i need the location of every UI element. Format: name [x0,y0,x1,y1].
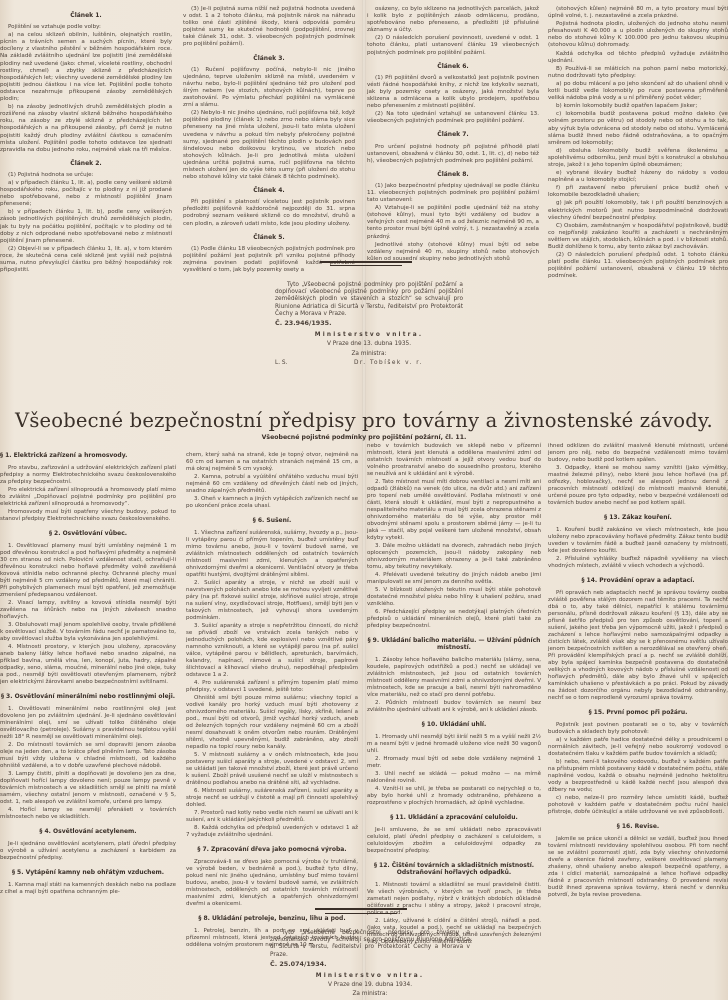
paragraph: 7. Prostorů nad kotly nebo vedle nich ne… [186,810,358,824]
section-heading: § 2. Osvětlování vůbec. [0,530,176,537]
paragraph: chem, který sahá na straně, kde je topný… [186,452,358,473]
paragraph: b) nebo, není-li takového vodovodu, buďt… [548,759,728,794]
section-heading: § 4. Osvětlování acetylenem. [0,828,176,835]
paragraph: Hromosvody musí býti opatřeny všechny bu… [0,509,176,523]
paragraph: Pojistná hodnota plodin, uložených do je… [548,21,728,49]
lower-column-2: chem, který sahá na straně, kde je topný… [186,452,358,950]
page-fold [362,0,366,1000]
paragraph: 3. Odpadky, které se mohou samy vznítiti… [548,465,728,507]
paragraph: 2. Tato místnost musí míti dobrou ventil… [367,479,541,542]
paragraph: 4. Hořící lampy se nesmějí přenášeti v t… [0,807,176,821]
paragraph: 2. Půdních místností budov továrních se … [367,700,541,714]
section-heading: § 1. Elektrická zařízení a hromosvody. [0,452,176,459]
paragraph: B) Používá-li se mláticích na pohon parn… [548,66,728,80]
section-heading: § 10. Ukládání uhlí. [367,721,541,728]
separator-rule [315,908,407,910]
article-heading: Článek 2. [0,160,172,167]
section-heading: § 15. První pomoc při požáru. [548,709,728,716]
page-title: Všeobecné bezpečnostní předpisy pro tová… [0,409,728,432]
approval-text: Tyto „Všeobecné pojistné podmínky pro po… [275,282,463,318]
section-heading: § 12. Čištění továrních a skladištních m… [367,862,541,876]
for-minister: Za ministra: [270,991,470,998]
top-column-1: Článek 1. Pojištění se vztahuje podle vo… [0,6,172,275]
article-heading: Článek 7. [367,131,539,138]
paragraph: Jednotlivé stohy (stohové kůlny) musí bý… [367,242,539,263]
section-heading: § 5. Vytápění kamny neb ohřátým vzduchem… [0,869,176,876]
paragraph: b) v případech článku 1, lit. b), podle … [0,209,172,244]
paragraph: Ohniště smí býti pouze mimo sušárnu; vše… [186,695,358,751]
paragraph: (1) Jako bezpečnostní předpisy ujednávaj… [367,183,539,204]
paragraph: nebo v továrních budovách ve sklepě nebo… [367,443,541,478]
paragraph: Je-li smluveno, že se smí ukládati nebo … [367,827,541,855]
paragraph: C) Osobám, zaměstnaným v hospodářství po… [548,223,728,251]
article-heading: Článek 4. [183,187,355,194]
paragraph: Při pojištění s platností víceletou jest… [183,199,355,227]
separator-rule [330,265,402,266]
top-column-2: (3) Je-li pojistná suma nižší než pojist… [183,6,355,275]
section-heading: § 16. Revise. [548,823,728,830]
paragraph: (1) Podle článku 18 všeobecných pojistný… [183,246,355,274]
paragraph: e) vybrané škváry buďtež házeny do nádob… [548,170,728,184]
paragraph: a) na celou sklizeň obilnin, luštěnin, o… [0,32,172,103]
paragraph: 1. Místnosti tovární a skladištní se mus… [367,882,541,917]
paragraph: (stohových kůlen) nejméně 80 m, a tyto p… [548,6,728,20]
paragraph: 2. Kamna, potrubí a vyúštění ohřátého vz… [186,474,358,495]
paragraph: 2. Visací lampy, svítilny a kovová stíni… [0,600,176,621]
paragraph: c) nebo, nelze-li pro rozměry lehce umís… [548,795,728,816]
paragraph: Každá odchylka od těchto předpisů vyžadu… [548,51,728,65]
paragraph: 3. Sušicí aparáty a stroje s nepřetržito… [186,623,358,679]
paragraph: (2) Na toto ujednání vztahují se ustanov… [367,111,539,125]
section-heading: § 9. Ukládání balicího materiálu. — Užív… [367,637,541,651]
paragraph: Je-li sjednáno osvětlování acetylenem, p… [0,841,176,862]
page-subtitle: Všeobecné pojistné podmínky pro pojištěn… [0,434,728,441]
lower-column-4: ihned odklizen do zvláštní masivně klenu… [548,443,728,900]
paragraph: Zpracovává-li se dřevo jako pomocná výro… [186,859,358,908]
paragraph: A) Vztahuje-li se pojištění podle ujedná… [367,205,539,240]
paragraph: 1. Všechna zařízení sušárenská, sušárny,… [186,530,358,579]
paragraph: ihned odklizen do zvláštní masivně klenu… [548,443,728,464]
paragraph: osázeny, co bylo sklizeno na jednotlivýc… [367,6,539,34]
lower-column-3: nebo v továrních budovách ve sklepě nebo… [367,443,541,947]
scanned-document-page: Článek 1. Pojištění se vztahuje podle vo… [0,0,728,1000]
paragraph: (1) Při pojištění dvorů a velkostatků je… [367,75,539,110]
paragraph: a) po dobu mlácení a po jeho skončení až… [548,81,728,102]
separator-rule [325,913,397,914]
article-heading: Článek 6. [367,63,539,70]
separator-rule [320,261,412,263]
paragraph: a) v každém patře hadice dostatečné délk… [548,737,728,758]
paragraph: 2. Sušicí aparáty a stroje, v nichž se z… [186,580,358,622]
approval-text: Tyto „Všeobecné bezpečnostní předpisy pr… [270,930,470,959]
paragraph: (1) Pojistná hodnota se určuje: [0,172,172,179]
paragraph: 4. Místnosti prostory, v kterých jsou ul… [0,644,176,686]
paragraph: 3. Oheň v kamnech a jiných vytápěcích za… [186,496,358,510]
paragraph: 1. Kamna mají státi na kamenných deskách… [0,882,176,896]
paragraph: a) v případech článku 1, lit. a), podle … [0,180,172,208]
paragraph: Pro určení pojistné hodnoty při pojistné… [367,144,539,165]
paragraph: 5. V blízkosti uložených tekutin musí bý… [367,587,541,608]
place-date: V Praze dne 13. dubna 1935. [275,341,463,348]
signature: Dr. Tobíšek v. r. [354,360,423,367]
paragraph: 8. Každá odchylka od předpisů uvedených … [186,825,358,839]
paragraph: 5. V místnosti sušárny a v oněch místnos… [186,752,358,787]
ministry-name: Ministerstvo vnitra. [270,973,470,980]
section-heading: § 8. Ukládání petroleje, benzinu, lihu a… [186,915,358,922]
article-heading: Článek 1. [0,12,172,19]
paragraph: 4. Vznítí-li se uhlí, je třeba se postar… [367,786,541,807]
article-heading: Článek 8. [367,171,539,178]
paragraph: 2. Příslušné vyhlášky buďtež nápadně vyv… [548,556,728,570]
paragraph: (3) Je-li pojistná suma nižší než pojist… [183,6,355,49]
paragraph: 2. Do místností továrních se smí dopravi… [0,742,176,770]
paragraph: 6. Předcházející předpisy se nedotýkají … [367,609,541,630]
paragraph: c) lokomobila budiž postavena pokud možn… [548,111,728,146]
section-heading: § 13. Zákaz kouření. [548,514,728,521]
paragraph: g) jak při použití lokomobily, tak i při… [548,200,728,221]
paragraph: 6. Místnosti sušárny, sušárenská zařízen… [186,788,358,809]
ministry-name: Ministerstvo vnitra. [275,332,463,339]
paragraph: 1. Hromady uhlí nesmějí býti širší nežli… [367,734,541,755]
paragraph: f) při zastavení nebo přerušení práce bu… [548,185,728,199]
approval-block-1935: Tyto „Všeobecné pojistné podmínky pro po… [275,282,463,367]
paragraph: (2) Objeví-li se v případech článku 1, l… [0,246,172,274]
paragraph: Při opravách neb adaptacích nechť je spr… [548,590,728,702]
for-minister: Za ministra: [275,351,463,358]
section-heading: § 11. Ukládání a zpracování celuloidu. [367,814,541,821]
approval-block-1934: Tyto „Všeobecné bezpečnostní předpisy pr… [270,930,470,999]
paragraph: (2) Nebylo-li nic jiného ujednáno, ručí … [183,110,355,181]
paragraph: 1. Osvětlovací plameny musí býti umístěn… [0,543,176,599]
paragraph: 1. Zásoby lehce hořlavého balicího mater… [367,657,541,699]
paragraph: Pro elektrická zařízení silnoproudá a hr… [0,487,176,508]
paragraph: 3. Uhlí nechť se skládá — pokud možno — … [367,771,541,785]
place-date: V Praze dne 19. dubna 1934. [270,982,470,989]
paragraph: (2) O následcích porušení povinnosti, uv… [367,35,539,56]
paragraph: (2) O následcích porušení předpisů odst.… [548,252,728,280]
paragraph: b) na zásoby jednotlivých druhů zeměděls… [0,104,172,154]
approval-number: Č. 23.946/1935. [275,320,463,327]
paragraph: Pojistník jest povinen postarati se o to… [548,722,728,736]
paragraph: d) obsluha lokomobily budiž svěřena škol… [548,148,728,169]
section-heading: § 6. Sušení. [186,517,358,524]
paragraph: 1. Kouření budiž zakázáno ve všech místn… [548,527,728,555]
top-column-4: (stohových kůlen) nejméně 80 m, a tyto p… [548,6,728,281]
article-heading: Článek 5. [183,234,355,241]
paragraph: 4. Přelévati uvedené tekutiny do jiných … [367,572,541,586]
article-heading: Článek 3. [183,55,355,62]
section-heading: § 7. Zpracování dřeva jako pomocná výrob… [186,846,358,853]
lower-column-1: § 1. Elektrická zařízení a hromosvody. P… [0,452,176,897]
paragraph: 1. Osvětlovati minerálními nebo rostlinn… [0,706,176,741]
paragraph: 4. Pro sušárenská zařízení s přímým tope… [186,680,358,694]
top-column-3: osázeny, co bylo sklizeno na jednotlivýc… [367,6,539,264]
paragraph: 3. Lampy čistiti, plniti a doplňovati je… [0,771,176,806]
paragraph: b) komín lokomobily budiž opatřen lapače… [548,103,728,110]
paragraph: Pojištění se vztahuje podle volby: [0,24,172,31]
paragraph: 2. Hromady musí býti od sebe dole vzdále… [367,756,541,770]
paragraph: Jakmile se práce ukončí a dělníci se vzd… [548,836,728,899]
paragraph: Pro stavbu, zařizování a udržování elekt… [0,465,176,486]
paragraph: 3. Dále možno ukládati na dvorech, zahra… [367,543,541,571]
paragraph: (1) Ručení pojišťovny počíná, nebylo-li … [183,67,355,110]
seal-mark: L. S. [275,360,287,367]
paragraph: 3. Obsluhovati mají jenom spolehlivé oso… [0,622,176,643]
section-heading: § 14. Provádění oprav a adaptací. [548,577,728,584]
approval-number: Č. 25.074/1934. [270,961,470,968]
section-heading: § 3. Osvětlování minerálními nebo rostli… [0,693,176,700]
